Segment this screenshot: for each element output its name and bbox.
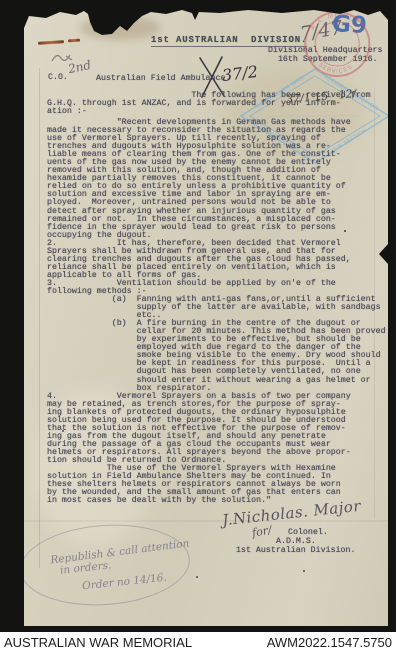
fold-line [39, 68, 40, 568]
ink-speck [303, 570, 305, 572]
caption-archive-name: AUSTRALIAN WAR MEMORIAL [4, 635, 192, 650]
crayon-mark: G9 [331, 11, 367, 39]
tear-mark [68, 39, 80, 43]
signature-rank: Colonel. [288, 528, 328, 537]
burn-stain [80, 16, 160, 40]
body-text: "Recent developments in German Gas metho… [47, 119, 386, 505]
addressee: Australian Field Ambulance. [96, 74, 230, 83]
caption-bar: AUSTRALIAN WAR MEMORIAL AWM2022.1547.575… [0, 632, 396, 653]
header-right-block: Divisional Headquarters 16th September 1… [268, 46, 383, 64]
screenshot: 1st AUSTRALIAN DIVISION. Divisional Head… [0, 0, 396, 653]
pencil-squiggle [50, 50, 76, 66]
signature-for-mark: for/ [251, 523, 273, 539]
signature-unit: 1st Australian Division. [236, 546, 356, 555]
signature-appointment: A.D.M.S. [276, 537, 316, 546]
caption-item-id: AWM2022.1547.5750 [267, 635, 392, 650]
ink-speck [196, 576, 198, 578]
tear-mark [38, 40, 64, 45]
addressee-insert-handwriting: 2nd [67, 58, 92, 76]
crease-line [24, 520, 388, 522]
svg-text:A.A. MEDICAL: A.A. MEDICAL [309, 8, 365, 38]
intro-paragraph: The following has been received from G.H… [47, 92, 371, 116]
document-paper: 1st AUSTRALIAN DIVISION. Divisional Head… [24, 8, 388, 626]
photo-frame: 1st AUSTRALIAN DIVISION. Divisional Head… [0, 0, 396, 632]
pencil-note-oval [17, 519, 192, 611]
addressee-prefix: C.O. [48, 73, 68, 82]
